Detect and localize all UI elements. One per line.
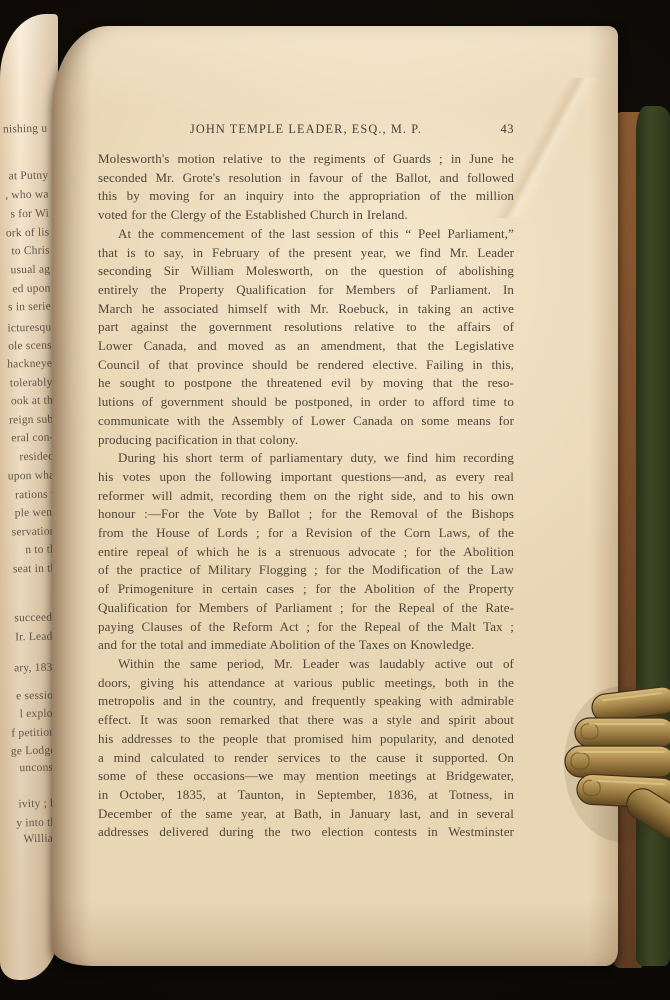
text-line: addresses delivered during the two elect…: [98, 823, 514, 842]
text-line: this by moving for an inquiry into the a…: [98, 187, 514, 206]
previous-page-edge: [0, 14, 58, 980]
text-line: lutions of government should be postpone…: [98, 393, 514, 412]
text-line: reformer will admit, recording them on t…: [98, 487, 514, 506]
text-line: in October, 1835, at Taunton, in Septemb…: [98, 786, 514, 805]
text-line: his votes upon the following important q…: [98, 468, 514, 487]
text-line: December of the same year, at Bath, in J…: [98, 805, 514, 824]
page-number: 43: [501, 122, 515, 137]
text-line: effect. It was soon remarked that there …: [98, 711, 514, 730]
open-book-photo: nishing uat Putny, who was for Wiork of …: [0, 0, 670, 1000]
text-line: from the House of Lords ; for a Revision…: [98, 524, 514, 543]
book-page: JOHN TEMPLE LEADER, ESQ., M. P. 43 Moles…: [52, 26, 618, 966]
text-line: producing pacification in that colony.: [98, 431, 514, 450]
text-line: entire repeal of which he is a strenuous…: [98, 543, 514, 562]
text-line: At the commencement of the last session …: [98, 225, 514, 244]
text-line: Lower Canada, and moved as an amendment,…: [98, 337, 514, 356]
text-line: Council of that province should be rende…: [98, 356, 514, 375]
text-line: Molesworth's motion relative to the regi…: [98, 150, 514, 169]
text-line: some of these occasions—we may mention m…: [98, 767, 514, 786]
text-line: entirely the Property Qualification for …: [98, 281, 514, 300]
page-body-text: Molesworth's motion relative to the regi…: [98, 150, 514, 842]
text-line: his addresses to the people that promise…: [98, 730, 514, 749]
text-line: voted for the Clergy of the Established …: [98, 206, 514, 225]
text-line: of the practice of Military Flogging ; f…: [98, 561, 514, 580]
text-line: Qualification for Members of Parliament …: [98, 599, 514, 618]
text-line: a mind calculated to render services to …: [98, 749, 514, 768]
text-line: doors, giving his attendance at various …: [98, 674, 514, 693]
text-line: seconded Mr. Grote's resolution in favou…: [98, 169, 514, 188]
text-line: Within the same period, Mr. Leader was l…: [98, 655, 514, 674]
text-line: part against the government resolutions …: [98, 318, 514, 337]
text-line: seconding Sir William Molesworth, on the…: [98, 262, 514, 281]
text-line: paying Clauses of the Reform Act ; for t…: [98, 618, 514, 637]
text-line: honour :—For the Vote by Ballot ; for th…: [98, 505, 514, 524]
running-header-title: JOHN TEMPLE LEADER, ESQ., M. P.: [98, 122, 514, 137]
text-line: During his short term of parliamentary d…: [98, 449, 514, 468]
text-line: that is to say, in February of the prese…: [98, 244, 514, 263]
brass-hand-clip-icon: [562, 686, 670, 886]
running-header: JOHN TEMPLE LEADER, ESQ., M. P. 43: [98, 122, 514, 138]
text-line: and for the total and immediate Abolitio…: [98, 636, 514, 655]
text-line: communicate with the Assembly of Lower C…: [98, 412, 514, 431]
text-line: of Primogeniture in certain cases ; for …: [98, 580, 514, 599]
text-line: he sought to postpone the threatened evi…: [98, 374, 514, 393]
text-line: March he associated himself with Mr. Roe…: [98, 300, 514, 319]
text-line: metropolis and in the country, and frequ…: [98, 692, 514, 711]
